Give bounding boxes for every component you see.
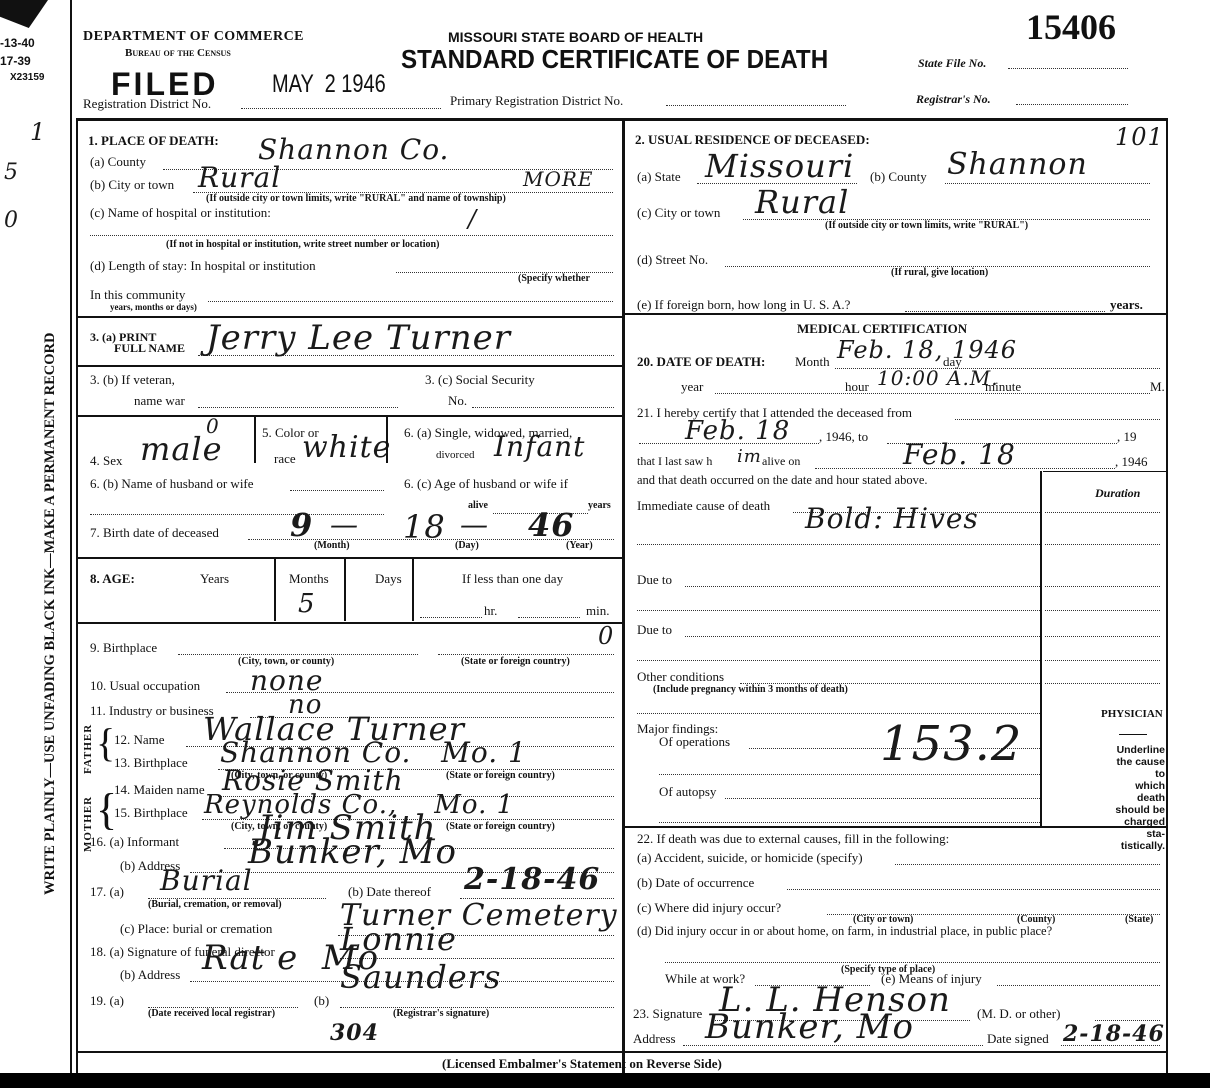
corner-seal: [0, 0, 48, 28]
last-saw-pronoun[interactable]: im: [737, 446, 762, 467]
place-of-death-section: 1. PLACE OF DEATH: (a) County Shannon Co…: [78, 121, 622, 316]
margin-mark: 0: [4, 208, 19, 233]
county-value[interactable]: Shannon Co.: [258, 133, 449, 166]
veteran-war-label: name war: [134, 393, 185, 409]
other-conditions-note: (Include pregnancy within 3 months of de…: [653, 684, 848, 695]
age-label: 8. AGE:: [90, 571, 135, 587]
other-conditions-label: Other conditions: [637, 669, 724, 685]
spouse-name-label: 6. (b) Name of husband or wife: [90, 476, 254, 492]
marital-status-value[interactable]: Infant: [494, 430, 585, 463]
residence-city-note: (If outside city or town limits, write "…: [825, 220, 1028, 231]
registration-district-label: Registration District No.: [83, 96, 211, 112]
city-note: (If outside city or town limits, write "…: [206, 193, 506, 204]
margin-mark: 5: [4, 160, 19, 185]
injury-state-caption: (State): [1125, 914, 1153, 925]
birthplace-label: 9. Birthplace: [90, 640, 157, 656]
hours-label: hr.: [484, 603, 497, 619]
community-note: years, months or days): [110, 302, 197, 312]
length-of-stay-label: (d) Length of stay: In hospital or insti…: [90, 258, 316, 274]
due-to-1-label: Due to: [637, 572, 672, 588]
right-frame: [1166, 118, 1168, 1073]
director-address-value[interactable]: Rat e Mo: [202, 938, 379, 978]
duration-label: Duration: [1095, 486, 1140, 501]
state-value[interactable]: Missouri: [705, 147, 854, 185]
attended-from-value[interactable]: Feb. 18: [685, 416, 790, 446]
last-saw-label: that I last saw h: [637, 454, 712, 469]
stamp-line: -13-40: [0, 36, 35, 50]
occupation-label: 10. Usual occupation: [90, 678, 200, 694]
father-name-label: 12. Name: [114, 732, 165, 748]
foreign-born-label: (e) If foreign born, how long in U. S. A…: [637, 297, 850, 313]
hour-label: hour: [845, 379, 869, 395]
hour-value[interactable]: 10:00 A.M.: [877, 366, 999, 390]
mother-maiden-name-label: 14. Maiden name: [114, 782, 205, 798]
date-signed-value[interactable]: 2-18-46: [1063, 1021, 1165, 1047]
divorced-label: divorced: [436, 449, 474, 461]
last-saw-year: , 1946: [1115, 454, 1148, 470]
document-title: STANDARD CERTIFICATE OF DEATH: [401, 44, 828, 75]
industry-label: 11. Industry or business: [90, 703, 214, 719]
residence-city-value[interactable]: Rural: [755, 183, 849, 221]
birthplace-code[interactable]: 0: [598, 622, 614, 650]
header: DEPARTMENT OF COMMERCE Bureau of the Cen…: [76, 0, 1210, 118]
scan-border: [0, 1073, 1210, 1088]
place-of-death-heading: 1. PLACE OF DEATH:: [88, 133, 219, 149]
residence-city-label: (c) City or town: [637, 205, 720, 221]
injury-place-label: (d) Did injury occur in or about home, o…: [637, 924, 1052, 939]
day-caption: (Day): [455, 540, 479, 551]
alive-on-label: alive on: [762, 454, 800, 469]
state-file-label: State File No.: [918, 56, 986, 71]
age-months-value[interactable]: 5: [298, 589, 316, 619]
residence-county-label: (b) County: [870, 169, 927, 185]
external-causes-heading: 22. If death was due to external causes,…: [637, 831, 949, 847]
birthplace-state-caption: (State or foreign country): [461, 656, 570, 667]
attended-to-year: , 19: [1117, 429, 1137, 445]
filed-date: MAY 2 1946: [272, 70, 386, 99]
registrar-signature-caption: (Registrar's signature): [393, 1008, 489, 1019]
registrar-b-label: (b): [314, 993, 329, 1009]
residence-county-value[interactable]: Shannon: [947, 147, 1088, 182]
veteran-label: 3. (b) If veteran,: [90, 372, 175, 388]
street-note: (If rural, give location): [891, 267, 988, 278]
medical-heading: MEDICAL CERTIFICATION: [797, 321, 967, 337]
mother-state-caption: (State or foreign country): [446, 821, 555, 832]
father-state-caption: (State or foreign country): [446, 770, 555, 781]
stamp-line: X23159: [10, 72, 44, 83]
death-occurred-label: and that death occurred on the date and …: [637, 473, 928, 488]
md-label: (M. D. or other): [977, 1006, 1060, 1022]
father-side-label: FATHER: [82, 724, 94, 774]
bottom-handwritten-number: 304: [330, 1020, 379, 1046]
month-caption: (Month): [314, 540, 350, 551]
primary-registration-label: Primary Registration District No.: [450, 93, 623, 109]
state-label: (a) State: [637, 169, 681, 185]
father-brace: {: [96, 719, 115, 766]
sex-label: 4. Sex: [90, 453, 123, 469]
disposal-label: 17. (a): [90, 884, 124, 900]
cause-code-value[interactable]: 153.2: [880, 716, 1022, 772]
sex-value[interactable]: male: [140, 430, 223, 468]
certificate-number: 15406: [1026, 6, 1116, 48]
injury-location-label: (c) Where did injury occur?: [637, 900, 781, 916]
accident-label: (a) Accident, suicide, or homicide (spec…: [637, 850, 863, 866]
vertical-notice: WRITE PLAINLY—USE UNFADING BLACK INK—MAK…: [42, 115, 59, 895]
last-saw-value[interactable]: Feb. 18: [903, 438, 1016, 471]
physician-address-value[interactable]: Bunker, Mo: [705, 1007, 914, 1047]
father-birthplace-label: 13. Birthplace: [114, 755, 188, 771]
medical-section: MEDICAL CERTIFICATION 20. DATE OF DEATH:…: [625, 316, 1166, 826]
board-title: MISSOURI STATE BOARD OF HEALTH: [448, 29, 703, 45]
autopsy-label: Of autopsy: [659, 784, 716, 800]
am-pm-label: M.: [1150, 379, 1165, 395]
informant-address-value[interactable]: Bunker, Mo: [248, 832, 457, 872]
mother-birthplace-label: 15. Birthplace: [114, 805, 188, 821]
race-value[interactable]: white: [302, 430, 391, 465]
street-label: (d) Street No.: [637, 252, 708, 268]
county-label: (a) County: [90, 154, 146, 170]
minutes-label: min.: [586, 603, 609, 619]
social-security-no-label: No.: [448, 393, 467, 409]
birth-day-value[interactable]: 18: [403, 508, 446, 546]
full-name-value[interactable]: Jerry Lee Turner: [206, 318, 511, 358]
residence-code[interactable]: 101: [1115, 123, 1164, 151]
less-than-day-label: If less than one day: [462, 571, 563, 587]
date-signed-label: Date signed: [987, 1031, 1049, 1047]
birth-date-label: 7. Birth date of deceased: [90, 525, 219, 541]
registrar-no-label: Registrar's No.: [916, 92, 991, 107]
physician-label: PHYSICIAN: [1101, 708, 1163, 720]
funeral-director-value[interactable]: Lonnie Saunders: [340, 920, 622, 996]
name-label-bottom: FULL NAME: [114, 341, 185, 356]
spouse-age-label: 6. (c) Age of husband or wife if: [404, 476, 568, 492]
specify-note: (Specify whether: [518, 273, 590, 284]
hospital-note: (If not in hospital or institution, writ…: [166, 239, 439, 250]
year-caption: (Year): [566, 540, 593, 551]
race-label: race: [274, 451, 296, 467]
external-causes-section: 22. If death was due to external causes,…: [625, 828, 1166, 978]
bottom-rule: [78, 1051, 1166, 1053]
hospital-value[interactable]: /: [468, 205, 477, 233]
city-extra[interactable]: MORE: [523, 167, 594, 191]
embalmer-note: (Licensed Embalmer's Statement on Revers…: [442, 1056, 722, 1072]
spouse-years-label: years: [588, 500, 611, 511]
immediate-cause-label: Immediate cause of death: [637, 498, 770, 514]
minute-label: minute: [985, 379, 1021, 395]
physician-address-label: Address: [633, 1031, 676, 1047]
city-value[interactable]: Rural: [198, 161, 281, 194]
disposal-date-value[interactable]: 2-18-46: [464, 862, 600, 897]
community-label: In this community: [90, 287, 185, 303]
bureau-label: Bureau of the Census: [125, 47, 231, 59]
social-security-label: 3. (c) Social Security: [425, 372, 535, 388]
margin-rule: [70, 0, 72, 1073]
stamp-line: 17-39: [0, 54, 31, 68]
date-received-caption: (Date received local registrar): [148, 1008, 275, 1019]
disposal-value[interactable]: Burial: [160, 864, 253, 897]
age-years-label: Years: [200, 571, 229, 587]
residence-heading: 2. USUAL RESIDENCE OF DECEASED:: [635, 132, 870, 148]
date-of-occurrence-label: (b) Date of occurrence: [637, 875, 754, 891]
month-label: Month: [795, 354, 830, 370]
city-label: (b) City or town: [90, 177, 174, 193]
foreign-years-label: years.: [1110, 297, 1143, 313]
immediate-cause-value[interactable]: Bold: Hives: [805, 502, 979, 535]
year-label: year: [681, 379, 703, 395]
birth-dash: —: [460, 508, 489, 541]
personal-section: 3. (a) PRINT FULL NAME Jerry Lee Turner …: [78, 318, 622, 558]
operations-label: Of operations: [659, 734, 730, 750]
birth-month-value[interactable]: 9: [290, 506, 313, 544]
date-of-death-value[interactable]: Feb. 18, 1946: [837, 336, 1017, 364]
director-address-label: (b) Address: [120, 967, 180, 983]
burial-place-label: (c) Place: burial or cremation: [120, 921, 272, 937]
birth-year-value[interactable]: 46: [528, 506, 575, 544]
informant-label: 16. (a) Informant: [90, 834, 179, 850]
details-section: 9. Birthplace 0 (City, town, or county) …: [78, 624, 622, 1064]
attended-from-year: , 1946, to: [819, 429, 868, 445]
age-months-label: Months: [289, 571, 329, 587]
age-days-label: Days: [375, 571, 402, 587]
due-to-2-label: Due to: [637, 622, 672, 638]
left-margin: -13-40 17-39 X23159 1 5 0 14233 WRITE PL…: [0, 0, 72, 1073]
date-of-death-label: 20. DATE OF DEATH:: [637, 354, 765, 370]
disposal-caption: (Burial, cremation, or removal): [148, 899, 282, 910]
residence-section: 2. USUAL RESIDENCE OF DECEASED: 101 (a) …: [625, 121, 1166, 316]
department-label: DEPARTMENT OF COMMERCE: [83, 29, 304, 45]
hospital-label: (c) Name of hospital or institution:: [90, 205, 271, 221]
birth-dash: —: [330, 508, 359, 541]
age-section: 8. AGE: Years Months 5 Days If less than…: [78, 559, 622, 624]
registrar-a-label: 19. (a): [90, 993, 124, 1009]
signature-label: 23. Signature: [633, 1006, 702, 1022]
